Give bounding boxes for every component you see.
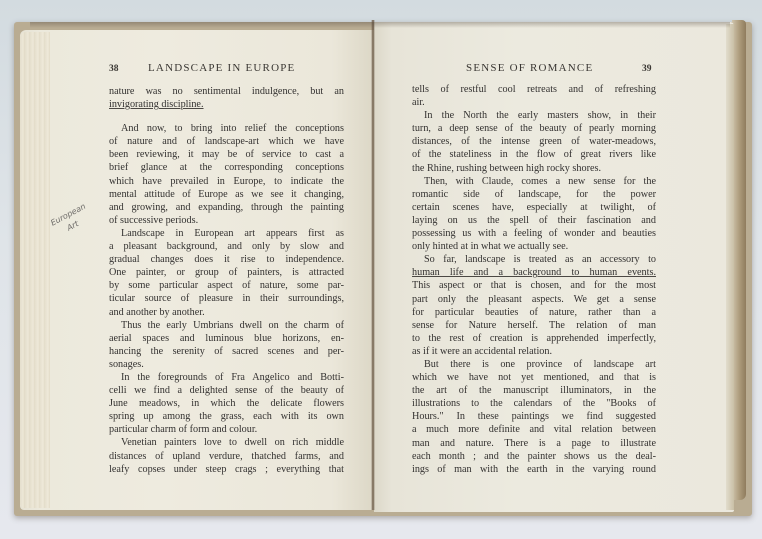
text-line: a pleasant background, and only by slow … <box>109 240 344 253</box>
left-page-text: nature was no sentimental indulgence, bu… <box>109 85 344 476</box>
text-line: only hinted at in what we actually see. <box>412 240 656 253</box>
text-line-underlined: the art of the manuscript illuminators, … <box>412 384 656 397</box>
left-page-number: 38 <box>109 64 119 74</box>
text-line: distances of upland verdure, thatched fa… <box>109 450 344 463</box>
text-line: laying on us the spell of their fascinat… <box>412 214 656 227</box>
text-line-underlined: So far, landscape is treated as an acces… <box>412 253 656 266</box>
text-line: sonages. <box>109 358 344 371</box>
book-cover-edge <box>732 20 746 500</box>
text-line: Landscape in European art appears first … <box>109 227 344 240</box>
text-line: June meadows, in which the delicate flow… <box>109 397 344 410</box>
text-line: which we have not yet mentioned, and tha… <box>412 371 656 384</box>
text-line: This aspect or that is chosen, and for t… <box>412 279 656 292</box>
text-line: illustrations to the calendars of the "B… <box>412 397 656 410</box>
text-line: brief glance at the corresponding concep… <box>109 161 344 174</box>
text-line: possessing us with a feeling of wonder a… <box>412 227 656 240</box>
text-line: turn, a deep sense of the beauty of pear… <box>412 122 656 135</box>
text-line: leafy copses under steep crags ; everyth… <box>109 463 344 476</box>
text-line: romantic side of landscape, for the powe… <box>412 188 656 201</box>
text-line-underlined: invigorating discipline. <box>109 98 344 111</box>
left-running-head: LANDSCAPE IN EUROPE <box>148 62 295 74</box>
text-line: of the stateliness in the flow of great … <box>412 148 656 161</box>
text-line: nature was no sentimental indulgence, bu… <box>109 85 344 98</box>
text-line: certain scenes have, especially at twili… <box>412 201 656 214</box>
text-line: hancing the serenity of sacred scenes an… <box>109 345 344 358</box>
text-line: been reviewing, it may be of service to … <box>109 148 344 161</box>
text-line: and growing, and expanding, through the … <box>109 201 344 214</box>
top-shadow <box>30 22 730 28</box>
text-line-underlined: for particular beauties of nature, rathe… <box>412 306 656 319</box>
text-line: Venetian painters love to dwell on rich … <box>109 436 344 449</box>
right-running-head: SENSE OF ROMANCE <box>466 62 593 74</box>
text-line: gradual changes does it rise to independ… <box>109 253 344 266</box>
text-line-underlined: a much more definite and vital relation … <box>412 423 656 436</box>
text-line: ings of man with the earth in the varyin… <box>412 463 656 476</box>
text-line: One painter, or group of painters, is at… <box>109 266 344 279</box>
text-line: distances, of the intense green of water… <box>412 135 656 148</box>
text-line: celli we find a delighted sense of the b… <box>109 384 344 397</box>
text-line: to the rest of creation is apprehended i… <box>412 332 656 345</box>
text-line: man and nature. There is a page to illus… <box>412 437 656 450</box>
text-line: of nature and of landscape-art which we … <box>109 135 344 148</box>
text-line: sense for Nature herself. The relation o… <box>412 319 656 332</box>
text-line: aerial spaces and luminous blue horizons… <box>109 332 344 345</box>
text-line: Hours." In these paintings we find sugge… <box>412 410 656 423</box>
right-page-edges <box>726 24 734 510</box>
left-page-edges <box>20 32 50 508</box>
right-page-number: 39 <box>642 64 652 74</box>
text-line: And now, to bring into relief the concep… <box>109 122 344 135</box>
text-line: part only the pleasant aspects. We get a… <box>412 293 656 306</box>
text-line: In the foregrounds of Fra Angelico and B… <box>109 371 344 384</box>
text-line-underlined: human life and a background to human eve… <box>412 266 656 279</box>
text-line: Thus the early Umbrians dwell on the cha… <box>109 319 344 332</box>
book-gutter <box>371 20 375 510</box>
text-line: and another by another. <box>109 306 344 319</box>
text-line: the Rhine, rushing between high rocky sh… <box>412 162 656 175</box>
text-line: by some particular aspect of nature, som… <box>109 279 344 292</box>
text-line: tells of restful cool retreats and of re… <box>412 83 656 96</box>
text-line: But there is one province of landscape a… <box>412 358 656 371</box>
text-line: ticular source of pleasure in their surr… <box>109 292 344 305</box>
text-line: air. <box>412 96 656 109</box>
open-book: 38 LANDSCAPE IN EUROPE European Art natu… <box>0 0 762 539</box>
text-line: of successive periods. <box>109 214 344 227</box>
text-line: each month ; and the painter shows us th… <box>412 450 656 463</box>
text-line: as if it were an accidental relation. <box>412 345 656 358</box>
text-line: which have prevailed in Europe, to indic… <box>109 175 344 188</box>
text-line: In the North the early masters show, in … <box>412 109 656 122</box>
text-line: spring up among the grass, each with its… <box>109 410 344 423</box>
right-page-text: tells of restful cool retreats and of re… <box>412 83 656 476</box>
text-line: Then, with Claude, comes a new sense for… <box>412 175 656 188</box>
text-line: particular charm of form and colour. <box>109 423 344 436</box>
text-line: mental attitude of Europe as we see it c… <box>109 188 344 201</box>
